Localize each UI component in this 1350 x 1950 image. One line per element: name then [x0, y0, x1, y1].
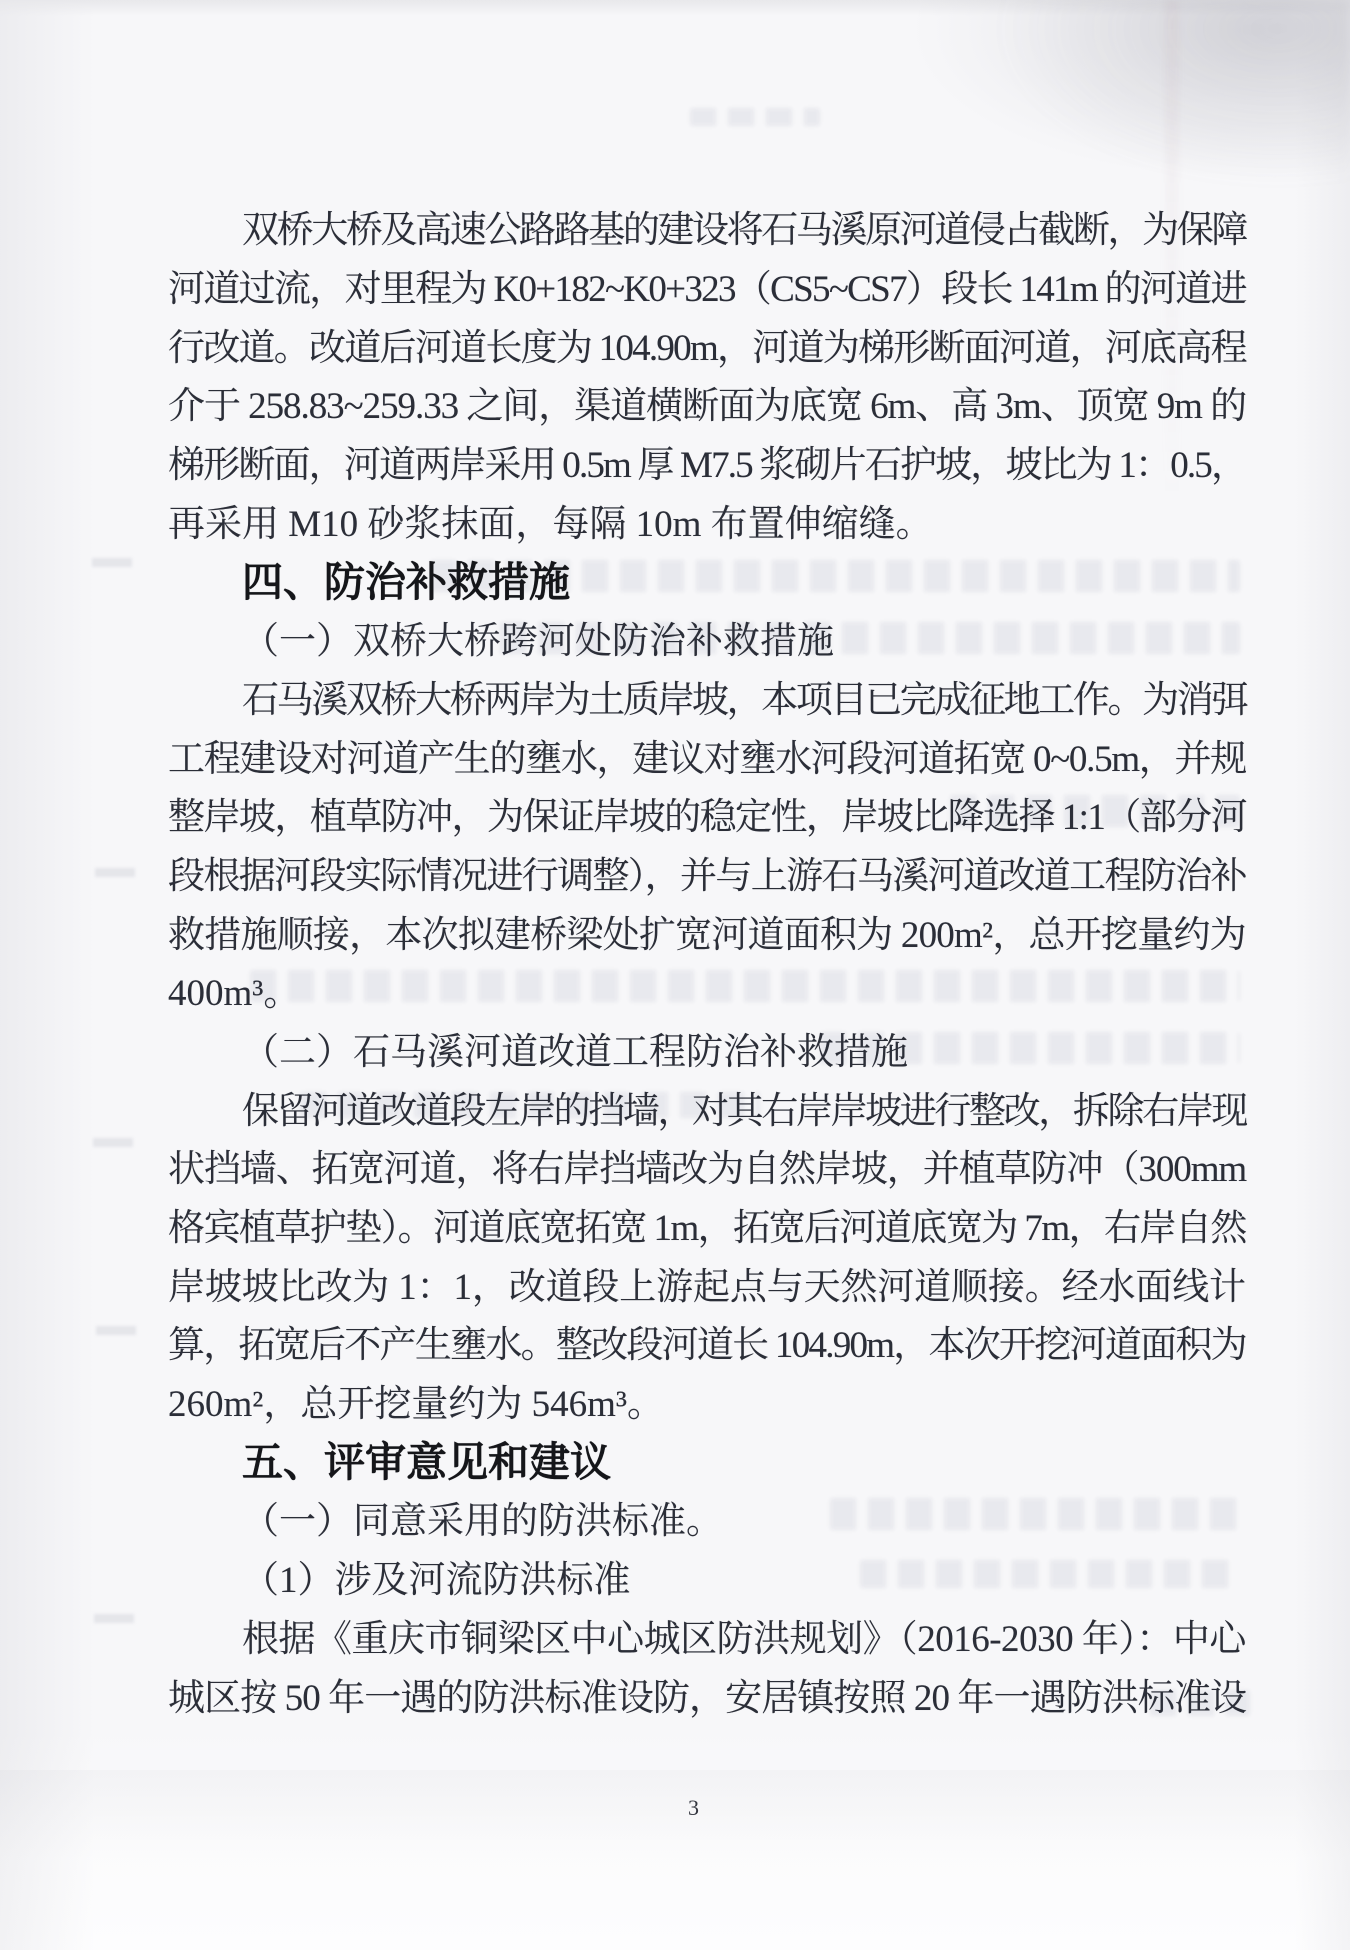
scan-shading-top-right: [990, 0, 1350, 190]
text-line-content: 算，拓宽后不产生壅水。整改段河道长 104.90m，本次开挖河道面积为: [168, 1314, 1246, 1368]
text-line: 格宾植草护垫）。河道底宽拓宽 1m，拓宽后河道底宽为 7m，右岸自然: [168, 1195, 1246, 1254]
text-line-content: 状挡墙、拓宽河道，将右岸挡墙改为自然岸坡，并植草防冲（300mm: [168, 1138, 1246, 1192]
scanned-document-page: 双桥大桥及高速公路路基的建设将石马溪原河道侵占截断，为保障河道过流，对里程为 K…: [0, 0, 1350, 1950]
text-line: 城区按 50 年一遇的防洪标准设防，安居镇按照 20 年一遇防洪标准设: [168, 1664, 1246, 1723]
text-line: 算，拓宽后不产生壅水。整改段河道长 104.90m，本次开挖河道面积为: [168, 1312, 1246, 1371]
text-line: （二）石马溪河道改道工程防治补救措施: [168, 1019, 1246, 1078]
text-line: （1）涉及河流防洪标准: [168, 1547, 1246, 1606]
text-line: 介于 258.83~259.33 之间，渠道横断面为底宽 6m、高 3m、顶宽 …: [168, 373, 1246, 432]
edge-bleed-mark: [94, 1614, 134, 1623]
section-heading: 五、评审意见和建议: [168, 1429, 1246, 1488]
text-line-content: 行改道。改道后河道长度为 104.90m，河道为梯形断面河道，河底高程: [168, 317, 1246, 371]
text-line: （一）同意采用的防洪标准。: [168, 1488, 1246, 1547]
text-line: 260m²，总开挖量约为 546m³。: [168, 1371, 1246, 1430]
text-line-content: 河道过流，对里程为 K0+182~K0+323（CS5~CS7）段长 141m …: [168, 258, 1246, 312]
section-heading: 四、防治补救措施: [168, 549, 1246, 608]
text-line-content: （一）同意采用的防洪标准。: [242, 1490, 723, 1544]
text-line: 河道过流，对里程为 K0+182~K0+323（CS5~CS7）段长 141m …: [168, 256, 1246, 315]
text-line-content: （一）双桥大桥跨河处防治补救措施: [242, 610, 834, 664]
text-line: 双桥大桥及高速公路路基的建设将石马溪原河道侵占截断，为保障: [168, 197, 1246, 256]
text-line-content: 根据《重庆市铜梁区中心城区防洪规划》（2016-2030 年）：中心: [242, 1608, 1246, 1662]
text-line-content: 梯形断面，河道两岸采用 0.5m 厚 M7.5 浆砌片石护坡，坡比为 1：0.5…: [168, 434, 1246, 488]
text-line: 再采用 M10 砂浆抹面，每隔 10m 布置伸缩缝。: [168, 490, 1246, 549]
text-line: 救措施顺接，本次拟建桥梁处扩宽河道面积为 200m²，总开挖量约为: [168, 901, 1246, 960]
text-line-content: 石马溪双桥大桥两岸为土质岸坡，本项目已完成征地工作。为消弭: [242, 669, 1246, 723]
text-line: 梯形断面，河道两岸采用 0.5m 厚 M7.5 浆砌片石护坡，坡比为 1：0.5…: [168, 432, 1246, 491]
bleedthrough-artifact: [690, 108, 820, 126]
text-line: 根据《重庆市铜梁区中心城区防洪规划》（2016-2030 年）：中心: [168, 1606, 1246, 1665]
text-line: 石马溪双桥大桥两岸为土质岸坡，本项目已完成征地工作。为消弭: [168, 667, 1246, 726]
text-line: 岸坡坡比改为 1：1，改道段上游起点与天然河道顺接。经水面线计: [168, 1253, 1246, 1312]
scan-shading-band: [0, 1770, 1350, 1860]
text-line-content: 整岸坡，植草防冲，为保证岸坡的稳定性，岸坡比降选择 1:1（部分河: [168, 786, 1246, 840]
text-line-content: 介于 258.83~259.33 之间，渠道横断面为底宽 6m、高 3m、顶宽 …: [168, 375, 1246, 429]
text-line-content: 保留河道改道段左岸的挡墙，对其右岸岸坡进行整改，拆除右岸现: [242, 1080, 1246, 1134]
edge-bleed-mark: [92, 558, 132, 567]
text-line-content: 救措施顺接，本次拟建桥梁处扩宽河道面积为 200m²，总开挖量约为: [168, 904, 1246, 958]
text-line: 保留河道改道段左岸的挡墙，对其右岸岸坡进行整改，拆除右岸现: [168, 1077, 1246, 1136]
text-line-content: 400m³。: [168, 962, 300, 1016]
text-line-content: 260m²，总开挖量约为 546m³。: [168, 1373, 664, 1427]
document-body: 双桥大桥及高速公路路基的建设将石马溪原河道侵占截断，为保障河道过流，对里程为 K…: [168, 197, 1246, 1723]
text-line-content: 格宾植草护垫）。河道底宽拓宽 1m，拓宽后河道底宽为 7m，右岸自然: [168, 1197, 1246, 1251]
text-line-content: 五、评审意见和建议: [242, 1429, 611, 1488]
text-line-content: 再采用 M10 砂浆抹面，每隔 10m 布置伸缩缝。: [168, 493, 933, 547]
text-line: 工程建设对河道产生的壅水，建议对壅水河段河道拓宽 0~0.5m，并规: [168, 725, 1246, 784]
text-line: 段根据河段实际情况进行调整），并与上游石马溪河道改道工程防治补: [168, 843, 1246, 902]
page-number: 3: [688, 1795, 699, 1821]
edge-bleed-mark: [95, 868, 135, 877]
text-line-content: 城区按 50 年一遇的防洪标准设防，安居镇按照 20 年一遇防洪标准设: [168, 1667, 1246, 1721]
text-line-content: 工程建设对河道产生的壅水，建议对壅水河段河道拓宽 0~0.5m，并规: [168, 728, 1246, 782]
text-line: 行改道。改道后河道长度为 104.90m，河道为梯形断面河道，河底高程: [168, 314, 1246, 373]
text-line-content: 段根据河段实际情况进行调整），并与上游石马溪河道改道工程防治补: [168, 845, 1246, 899]
text-line-content: （1）涉及河流防洪标准: [242, 1549, 631, 1603]
text-line-content: 双桥大桥及高速公路路基的建设将石马溪原河道侵占截断，为保障: [242, 199, 1246, 253]
text-line: 整岸坡，植草防冲，为保证岸坡的稳定性，岸坡比降选择 1:1（部分河: [168, 784, 1246, 843]
text-line: 状挡墙、拓宽河道，将右岸挡墙改为自然岸坡，并植草防冲（300mm: [168, 1136, 1246, 1195]
text-line: （一）双桥大桥跨河处防治补救措施: [168, 608, 1246, 667]
text-line-content: 岸坡坡比改为 1：1，改道段上游起点与天然河道顺接。经水面线计: [168, 1256, 1246, 1310]
text-line: 400m³。: [168, 960, 1246, 1019]
text-line-content: 四、防治补救措施: [242, 549, 570, 608]
edge-bleed-mark: [96, 1326, 136, 1335]
text-line-content: （二）石马溪河道改道工程防治补救措施: [242, 1021, 908, 1075]
edge-bleed-mark: [93, 1138, 133, 1147]
